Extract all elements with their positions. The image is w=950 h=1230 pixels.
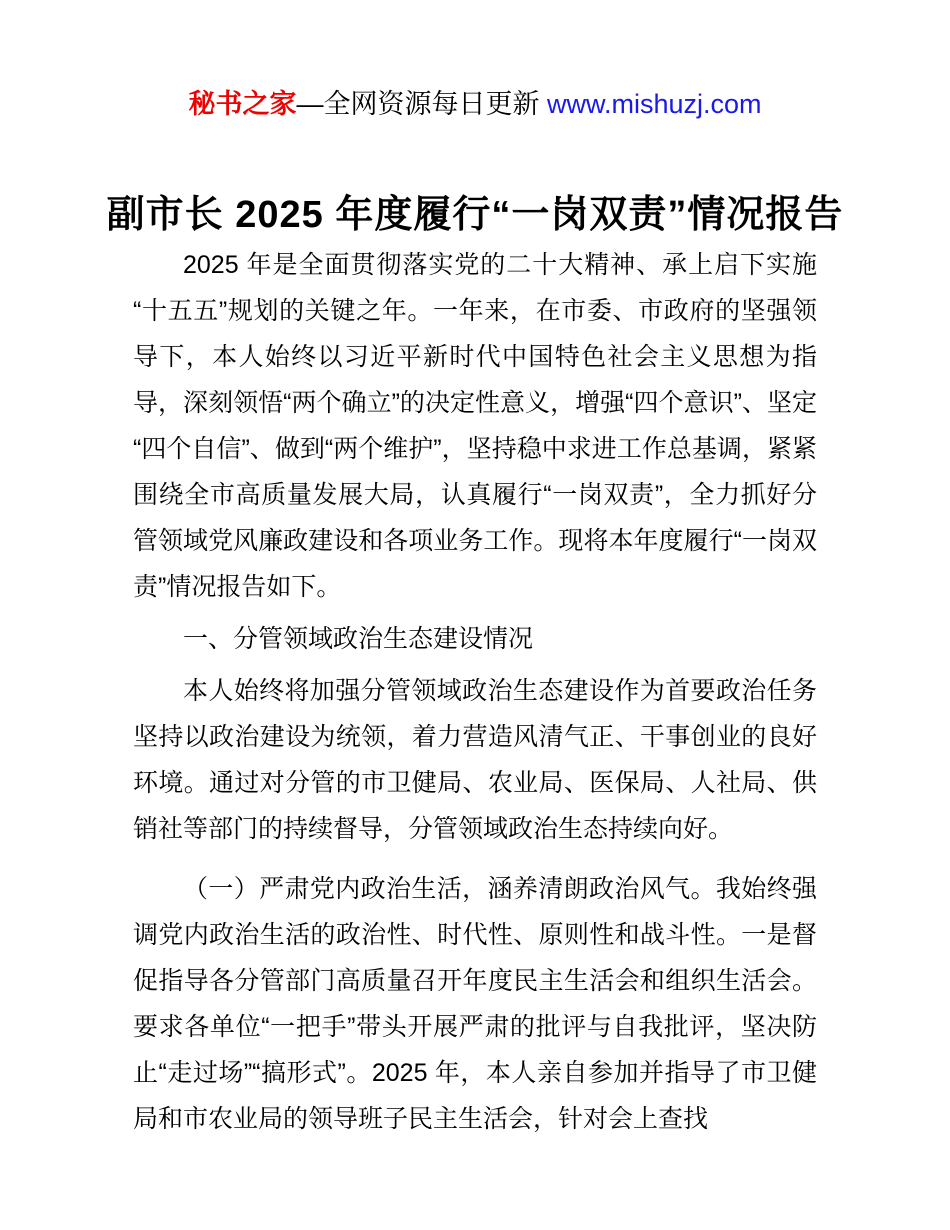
- document-page: 秘书之家—全网资源每日更新 www.mishuzj.com 副市长 2025 年…: [0, 0, 950, 1230]
- header-tagline: 全网资源每日更新: [323, 89, 539, 119]
- site-url-link[interactable]: www.mishuzj.com: [547, 89, 762, 119]
- section-heading: 一、分管领域政治生态建设情况: [133, 616, 817, 662]
- document-title: 副市长 2025 年度履行“一岗双责”情况报告: [0, 188, 950, 242]
- site-name: 秘书之家: [188, 89, 296, 119]
- paragraph: 本人始终将加强分管领域政治生态建设作为首要政治任务坚持以政治建设为统领，着力营造…: [133, 668, 817, 852]
- document-body: 2025 年是全面贯彻落实党的二十大精神、承上启下实施“十五五”规划的关键之年。…: [0, 242, 950, 1142]
- paragraph: （一）严肃党内政治生活，涵养清朗政治风气。我始终强调党内政治生活的政治性、时代性…: [133, 866, 817, 1142]
- paragraph: 2025 年是全面贯彻落实党的二十大精神、承上启下实施“十五五”规划的关键之年。…: [133, 242, 817, 610]
- watermark-header: 秘书之家—全网资源每日更新 www.mishuzj.com: [0, 0, 950, 122]
- header-separator: —: [296, 89, 323, 119]
